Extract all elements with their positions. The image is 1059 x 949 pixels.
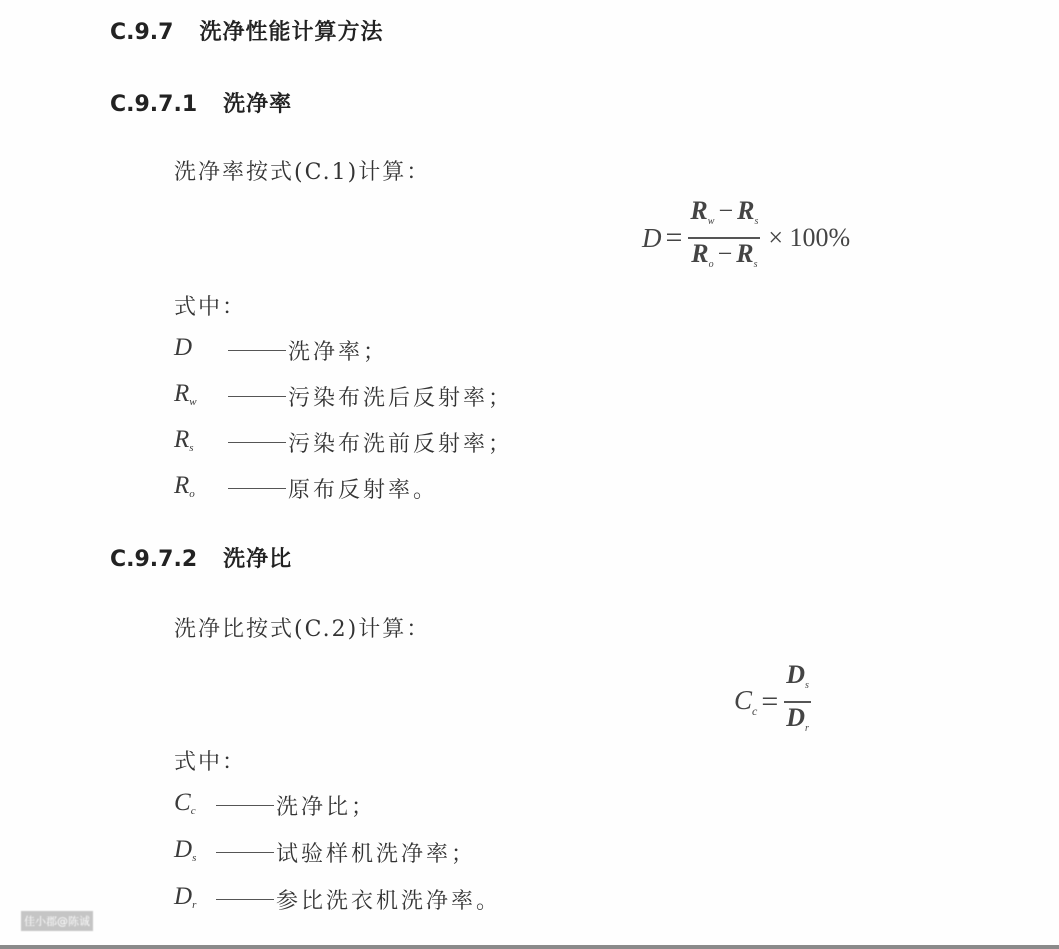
denominator: Ro−Rs	[689, 239, 759, 280]
definition-symbol: Ds	[174, 836, 214, 864]
definition-item: Rs污染布洗前反射率；	[174, 426, 513, 458]
subsection-number: C.9.7.2	[110, 547, 197, 572]
definition-symbol: Cc	[174, 789, 214, 817]
section-number: C.9.7	[110, 20, 173, 45]
fraction: Ds Dr	[784, 660, 811, 744]
where-label-2: 式中：	[174, 745, 246, 776]
watermark: 佳小郡@陈诚	[21, 911, 93, 931]
em-dash	[228, 396, 286, 398]
formula-lhs: D	[642, 223, 662, 254]
definition-symbol: Dr	[174, 883, 214, 911]
formula-c1: D = Rw−Rs Ro−Rs × 100%	[642, 196, 850, 280]
subsection-heading-1: C.9.7.1洗净率	[110, 87, 292, 118]
definition-text: 洗净比；	[276, 795, 376, 820]
definition-item: D洗净率；	[174, 334, 388, 366]
formula-intro-2: 洗净比按式(C.2)计算：	[174, 612, 430, 643]
definition-symbol: Rs	[174, 426, 226, 454]
formula-c2: Cc = Ds Dr	[734, 660, 813, 744]
equals-sign: =	[761, 685, 778, 719]
fraction: Rw−Rs Ro−Rs	[688, 196, 760, 280]
definition-text: 试验样机洗净率；	[276, 842, 476, 867]
definition-text: 参比洗衣机洗净率。	[276, 889, 501, 914]
subsection-heading-2: C.9.7.2洗净比	[110, 542, 292, 573]
em-dash	[216, 852, 274, 854]
section-title: 洗净性能计算方法	[199, 20, 383, 45]
definition-item: Rw污染布洗后反射率；	[174, 380, 513, 412]
definition-item: Dr参比洗衣机洗净率。	[174, 883, 501, 915]
em-dash	[228, 350, 286, 352]
section-heading: C.9.7洗净性能计算方法	[110, 15, 384, 46]
em-dash	[228, 488, 286, 490]
formula-lhs: Cc	[734, 685, 757, 719]
definition-text: 污染布洗前反射率；	[288, 432, 513, 457]
multiplier: × 100%	[768, 223, 850, 253]
numerator: Ds	[784, 660, 811, 701]
subsection-title: 洗净比	[223, 547, 292, 572]
definition-item: Ds试验样机洗净率；	[174, 836, 476, 868]
definition-symbol: D	[174, 334, 226, 362]
definition-symbol: Ro	[174, 472, 226, 500]
em-dash	[228, 442, 286, 444]
definition-text: 原布反射率。	[288, 478, 438, 503]
em-dash	[216, 899, 274, 901]
bottom-border	[0, 945, 1059, 949]
formula-intro-1: 洗净率按式(C.1)计算：	[174, 155, 430, 186]
definition-item: Ro原布反射率。	[174, 472, 438, 504]
numerator: Rw−Rs	[688, 196, 760, 237]
subsection-number: C.9.7.1	[110, 92, 197, 117]
denominator: Dr	[784, 703, 811, 744]
where-label-1: 式中：	[174, 290, 246, 321]
equals-sign: =	[666, 221, 683, 255]
definition-item: Cc洗净比；	[174, 789, 376, 821]
subsection-title: 洗净率	[223, 92, 292, 117]
definition-text: 洗净率；	[288, 340, 388, 365]
definition-symbol: Rw	[174, 380, 226, 408]
document-page: C.9.7洗净性能计算方法 C.9.7.1洗净率 洗净率按式(C.1)计算： D…	[0, 0, 1059, 946]
em-dash	[216, 805, 274, 807]
definition-text: 污染布洗后反射率；	[288, 386, 513, 411]
